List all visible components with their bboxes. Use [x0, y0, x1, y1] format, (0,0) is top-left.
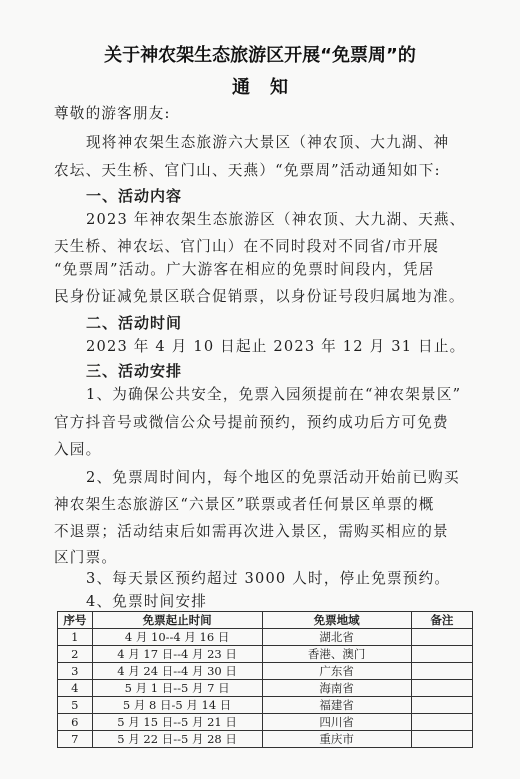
intro-line: 农坛、天生桥、官门山、天燕）“免票周”活动通知如下: — [54, 162, 441, 180]
table-row: 7 5 月 22 日--5 月 28 日 重庆市 — [58, 731, 473, 748]
cell-remarks — [411, 663, 472, 680]
paragraph-line: 不退票；活动结束后如需再次进入景区，需购买相应的景 — [54, 523, 449, 541]
section-heading-arrangement: 三、活动安排 — [86, 362, 182, 380]
paragraph-line: 1、为确保公共安全，免票入园须提前在“神农架景区” — [86, 386, 461, 404]
cell-period: 4 月 24 日--4 月 30 日 — [92, 663, 262, 680]
cell-index: 2 — [58, 646, 93, 663]
document-title: 关于神农架生态旅游区开展“免票周”的 — [0, 41, 520, 67]
paragraph-line: 民身份证减免景区联合促销票，以身份证号段归属地为准。 — [54, 288, 465, 306]
cell-region: 海南省 — [262, 680, 411, 697]
cell-region: 湖北省 — [262, 629, 411, 646]
cell-index: 5 — [58, 697, 93, 714]
paragraph-line: 2023 年 4 月 10 日起止 2023 年 12 月 31 日止。 — [86, 338, 465, 356]
cell-period: 5 月 15 日--5 月 21 日 — [92, 714, 262, 731]
paragraph-line: 2023 年神农架生态旅游区（神农顶、大九湖、天燕、 — [86, 211, 465, 229]
header-region: 免票地域 — [262, 612, 411, 629]
table-header-row: 序号 免票起止时间 免票地域 备注 — [58, 612, 473, 629]
cell-region: 香港、澳门 — [262, 646, 411, 663]
cell-period: 5 月 1 日--5 月 7 日 — [92, 680, 262, 697]
paragraph-line: 官方抖音号或微信公众号提前预约，预约成功后方可免费 — [54, 414, 449, 432]
section-heading-time: 二、活动时间 — [86, 314, 182, 332]
cell-remarks — [411, 646, 472, 663]
cell-remarks — [411, 731, 472, 748]
intro-line: 现将神农架生态旅游六大景区（神农顶、大九湖、神 — [86, 134, 449, 152]
paragraph-line: 天生桥、神农坛、官门山）在不同时段对不同省/市开展 — [54, 238, 439, 256]
table-row: 3 4 月 24 日--4 月 30 日 广东省 — [58, 663, 473, 680]
cell-index: 1 — [58, 629, 93, 646]
table-row: 4 5 月 1 日--5 月 7 日 海南省 — [58, 680, 473, 697]
paragraph-line: 3、每天景区预约超过 3000 人时，停止免票预约。 — [86, 570, 450, 588]
paragraph-line: 神农架生态旅游区“六景区”联票或者任何景区单票的概 — [54, 496, 435, 514]
cell-region: 四川省 — [262, 714, 411, 731]
cell-region: 广东省 — [262, 663, 411, 680]
paragraph-line: 2、免票周时间内，每个地区的免票活动开始前已购买 — [86, 469, 460, 487]
header-index: 序号 — [58, 612, 93, 629]
table-row: 1 4 月 10--4 月 16 日 湖北省 — [58, 629, 473, 646]
table-row: 5 5 月 8 日-5 月 14 日 福建省 — [58, 697, 473, 714]
cell-index: 7 — [58, 731, 93, 748]
salutation: 尊敬的游客朋友: — [54, 105, 171, 123]
cell-remarks — [411, 697, 472, 714]
table-row: 2 4 月 17 日--4 月 23 日 香港、澳门 — [58, 646, 473, 663]
cell-remarks — [411, 629, 472, 646]
cell-remarks — [411, 680, 472, 697]
cell-region: 重庆市 — [262, 731, 411, 748]
document-title-notice: 通知 — [0, 73, 520, 99]
section-heading-content: 一、活动内容 — [86, 187, 182, 205]
paragraph-line: 4、免票时间安排 — [86, 593, 207, 611]
cell-index: 6 — [58, 714, 93, 731]
cell-region: 福建省 — [262, 697, 411, 714]
header-period: 免票起止时间 — [92, 612, 262, 629]
cell-period: 4 月 17 日--4 月 23 日 — [92, 646, 262, 663]
cell-period: 5 月 22 日--5 月 28 日 — [92, 731, 262, 748]
header-remarks: 备注 — [411, 612, 472, 629]
free-ticket-schedule-table: 序号 免票起止时间 免票地域 备注 1 4 月 10--4 月 16 日 湖北省… — [57, 611, 473, 748]
cell-index: 4 — [58, 680, 93, 697]
table-row: 6 5 月 15 日--5 月 21 日 四川省 — [58, 714, 473, 731]
cell-period: 4 月 10--4 月 16 日 — [92, 629, 262, 646]
paragraph-line: 区门票。 — [54, 549, 117, 567]
cell-remarks — [411, 714, 472, 731]
paragraph-line: “免票周”活动。广大游客在相应的免票时间段内，凭居 — [54, 261, 435, 279]
cell-index: 3 — [58, 663, 93, 680]
paragraph-line: 入园。 — [54, 441, 101, 459]
cell-period: 5 月 8 日-5 月 14 日 — [92, 697, 262, 714]
